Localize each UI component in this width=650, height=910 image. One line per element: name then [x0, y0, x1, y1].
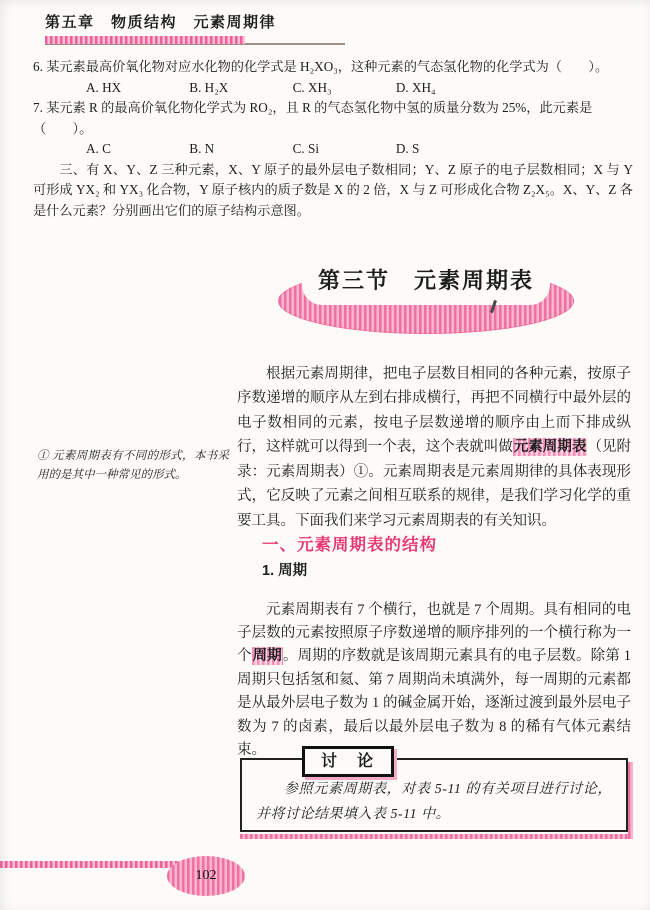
- option-d: D. XH₄: [396, 78, 436, 99]
- option-a: A. HX: [86, 78, 186, 99]
- section-title: 第三节 元素周期表: [302, 264, 550, 295]
- page-number-badge: 102: [167, 856, 245, 896]
- footer-stripe-bar: [0, 861, 188, 868]
- banner-title-box: 第三节 元素周期表: [302, 248, 550, 305]
- header-stripe-bar: [45, 36, 245, 44]
- option-d: D. S: [396, 139, 419, 160]
- question-7-line1: 7. 某元素 R 的最高价氧化物化学式为 RO₂，且 R 的气态氢化物中氢的质量…: [33, 100, 592, 115]
- chapter-header: 第五章 物质结构 元素周期律: [45, 11, 276, 32]
- option-b: B. N: [189, 139, 289, 160]
- discussion-text: 参照元素周期表，对表 5-11 的有关项目进行讨论，并将讨论结果填入表 5-11…: [242, 760, 626, 827]
- discussion-label: 讨 论: [302, 746, 394, 777]
- discussion-box-shadow-right: [628, 762, 633, 839]
- option-b: B. H₂X: [189, 78, 289, 99]
- discussion-box-shadow-bottom: [240, 834, 633, 839]
- exercises-block: 6. 某元素最高价氧化物对应水化物的化学式是 H₂XO₃，这种元素的气态氢化物的…: [33, 57, 633, 221]
- option-c: C. XH₃: [293, 78, 393, 99]
- margin-footnote: ① 元素周期表有不同的形式，本书采用的是其中一种常见的形式。: [37, 447, 229, 485]
- textbook-page: 第五章 物质结构 元素周期律 6. 某元素最高价氧化物对应水化物的化学式是 H₂…: [0, 0, 650, 910]
- option-a: A. C: [86, 139, 186, 160]
- question-three: 三、有 X、Y、Z 三种元素，X、Y 原子的最外层电子数相同；Y、Z 原子的电子…: [33, 160, 633, 222]
- question-7-options: A. C B. N C. Si D. S: [33, 139, 633, 160]
- structure-heading: 一、元素周期表的结构: [262, 531, 437, 555]
- intro-paragraph: 根据元素周期律，把电子层数目相同的各种元素，按原子序数递增的顺序从左到右排成横行…: [237, 362, 631, 534]
- period-subheading: 1. 周期: [262, 559, 307, 580]
- option-c: C. Si: [293, 139, 393, 160]
- period-text-2: 。周期的序数就是该周期元素具有的电子层数。除第 1 周期只包括氢和氦、第 7 周…: [237, 648, 631, 758]
- highlighted-term-period: 周期: [252, 647, 283, 665]
- question-6-options: A. HX B. H₂X C. XH₃ D. XH₄: [33, 78, 633, 99]
- highlighted-term-periodic-table: 元素周期表: [513, 438, 588, 456]
- question-7-line2: （ ）。: [33, 121, 92, 136]
- discussion-box: 讨 论 参照元素周期表，对表 5-11 的有关项目进行讨论，并将讨论结果填入表 …: [240, 758, 628, 832]
- question-7: 7. 某元素 R 的最高价氧化物化学式为 RO₂，且 R 的气态氢化物中氢的质量…: [33, 98, 633, 139]
- question-6: 6. 某元素最高价氧化物对应水化物的化学式是 H₂XO₃，这种元素的气态氢化物的…: [33, 57, 633, 78]
- page-number: 102: [196, 868, 217, 883]
- period-paragraph: 元素周期表有 7 个横行，也就是 7 个周期。具有相同的电子层数的元素按照原子序…: [237, 599, 631, 763]
- section-banner: 第三节 元素周期表: [278, 248, 574, 336]
